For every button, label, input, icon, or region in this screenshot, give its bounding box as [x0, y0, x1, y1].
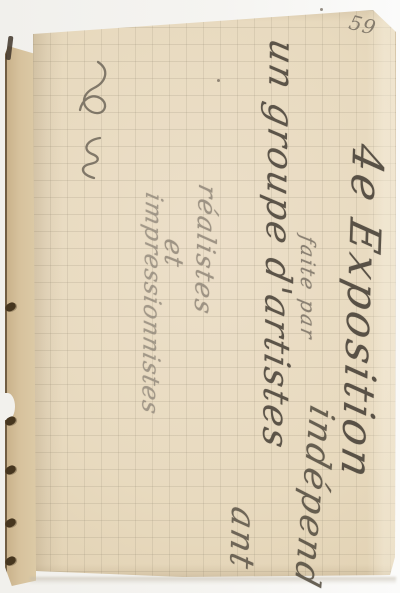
binding-pages-edge — [5, 46, 36, 586]
handwriting-line: faite par — [298, 234, 318, 343]
pencil-mark-squiggle — [83, 138, 100, 178]
paper-speck — [217, 79, 220, 82]
handwriting-line: ant — [224, 504, 260, 574]
pencil-marks — [70, 52, 122, 192]
handwriting-line: 4e Exposition — [334, 139, 388, 484]
handwriting-line: réalistes — [190, 182, 220, 319]
page-bottom-shadow — [30, 577, 396, 584]
notebook-scan: 59 4e Expositionfaite parun groupe d'art… — [0, 0, 400, 593]
handwriting-line: un groupe d'artistes — [256, 36, 299, 453]
paper-speck — [320, 8, 323, 11]
handwriting-line: impressionnistes — [138, 190, 166, 417]
pencil-mark-squiggle — [80, 62, 105, 113]
